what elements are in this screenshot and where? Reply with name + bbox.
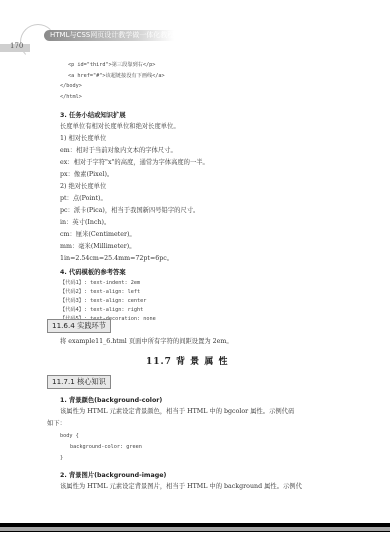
footer-rule-thin bbox=[0, 531, 390, 532]
section-heading: 3. 任务小结或知识扩展 bbox=[60, 110, 126, 119]
answer-line: 【代码2】: text-align: left bbox=[60, 288, 140, 295]
paragraph: em：相对于当前对象内文本的字体尺寸。 bbox=[60, 145, 177, 154]
paragraph: ex：相对于字符"x"的高度，通常为字体高度的一半。 bbox=[60, 157, 209, 166]
answer-line: 【代码3】: text-align: center bbox=[60, 297, 146, 304]
paragraph: 将 example11_6.html 页面中所有字符的间距设置为 2em。 bbox=[60, 336, 233, 345]
paragraph: mm：毫米(Millimeter)。 bbox=[60, 241, 136, 250]
paragraph: pt：点(Point)。 bbox=[60, 193, 107, 202]
section-heading: 4. 代码模板的参考答案 bbox=[60, 267, 126, 276]
answer-line: 【代码1】: text-indent: 2em bbox=[60, 279, 140, 286]
code-line: <a href="#">该超链接没有下画线</a> bbox=[68, 72, 165, 79]
subsection-label-box: 11.6.4 实践环节 bbox=[47, 319, 111, 333]
answer-line: 【代码4】: text-align: right bbox=[60, 306, 143, 313]
paragraph: 1in=2.54cm=25.4mm=72pt=6pc。 bbox=[60, 253, 173, 262]
page-number: 170 bbox=[10, 42, 23, 50]
paragraph: 如下： bbox=[47, 418, 66, 427]
paragraph: 该属性为 HTML 元素设定背景颜色，相当于 HTML 中的 bgcolor 属… bbox=[60, 406, 294, 415]
code-line: <p id="third">第三段靠到右</p> bbox=[68, 61, 155, 68]
paragraph: 1) 相对长度单位 bbox=[60, 133, 106, 142]
paragraph: cm：厘米(Centimeter)。 bbox=[60, 229, 136, 238]
subsection-label-box: 11.7.1 核心知识 bbox=[47, 375, 111, 389]
paragraph: in：英寸(Inch)。 bbox=[60, 217, 110, 226]
item-heading: 1. 背景颜色(background-color) bbox=[60, 395, 162, 404]
paragraph: 该属性为 HTML 元素设定背景图片，相当于 HTML 中的 backgroun… bbox=[60, 481, 302, 490]
paragraph: 2) 绝对长度单位 bbox=[60, 181, 106, 190]
code-line: </body> bbox=[60, 83, 82, 89]
item-heading: 2. 背景图片(background-image) bbox=[60, 470, 166, 479]
paragraph: 长度单位有相对长度单位和绝对长度单位。 bbox=[60, 121, 180, 130]
code-line: background-color: green bbox=[70, 444, 142, 450]
code-line: body { bbox=[60, 433, 79, 439]
paragraph: pc：派卡(Pica)，相当于我国新四号铅字的尺寸。 bbox=[60, 205, 199, 214]
code-line: </html> bbox=[60, 94, 82, 100]
paragraph: px：像素(Pixel)。 bbox=[60, 169, 113, 178]
book-title: HTML与CSS网页设计教学做一体化教程 bbox=[50, 30, 174, 41]
chapter-title: 11.7 背 景 属 性 bbox=[146, 354, 228, 367]
code-line: } bbox=[60, 455, 63, 461]
